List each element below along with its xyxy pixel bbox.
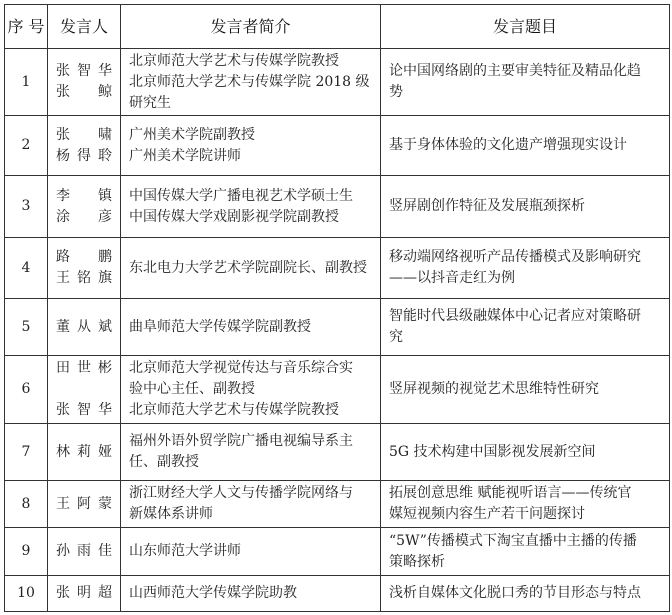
speaker-intro-line: 中国传媒大学广播电视艺术学硕士生 [129,186,376,207]
talk-topic-line: 拓展创意思维 赋能视听语言——传统官 [389,483,665,504]
talk-topic-line: 策略探析 [389,552,665,573]
speaker-names-line: 董从斌 [56,317,112,338]
talk-topic-line: 基于身体体验的文化遗产增强现实设计 [389,135,665,156]
speaker-intro-line: 新媒体系讲师 [129,504,376,525]
table-header-row: 序 号 发言人 发言者简介 发言题目 [5,5,670,49]
speaker-intro-line: 浙江财经大学人文与传播学院网络与 [129,483,376,504]
table-row: 1张智华张 鲸北京师范大学艺术与传媒学院教授北京师范大学艺术与传媒学院 2018… [5,49,670,116]
talk-topic: 浅析自媒体文化脱口秀的节目形态与特点 [381,576,670,612]
row-number: 9 [5,528,48,576]
speaker-intro: 山西师范大学传媒学院助教 [121,576,381,612]
speaker-intro: 浙江财经大学人文与传播学院网络与新媒体系讲师 [121,481,381,528]
speaker-names-line: 张明超 [56,583,112,604]
speaker-names: 张明超 [48,576,121,612]
speaker-names: 林莉娅 [48,424,121,481]
speaker-names-line: 王铭旗 [56,268,112,289]
speaker-intro-line: 北京师范大学艺术与传媒学院 2018 级 [129,72,376,93]
speaker-names: 路 鹏王铭旗 [48,238,121,299]
table-row: 9孙雨佳山东师范大学讲师“5W”传播模式下淘宝直播中主播的传播策略探析 [5,528,670,576]
speaker-intro-line: 曲阜师范大学传媒学院副教授 [129,317,376,338]
speaker-names-line: 张 啸 [56,125,112,146]
speaker-names: 张智华张 鲸 [48,49,121,116]
row-number: 6 [5,356,48,424]
row-number: 7 [5,424,48,481]
speaker-intro-line: 验中心主任、副教授 [129,379,376,400]
speaker-intro-line: 福州外语外贸学院广播电视编导系主 [129,431,376,452]
table-row: 10张明超山西师范大学传媒学院助教浅析自媒体文化脱口秀的节目形态与特点 [5,576,670,612]
talk-topic-line: 竖屏视频的视觉艺术思维特性研究 [389,379,665,400]
table-row: 8王阿蒙浙江财经大学人文与传播学院网络与新媒体系讲师拓展创意思维 赋能视听语言—… [5,481,670,528]
speaker-intro-line: 北京师范大学艺术与传媒学院教授 [129,51,376,72]
table-row: 5董从斌曲阜师范大学传媒学院副教授智能时代县级融媒体中心记者应对策略研究 [5,299,670,356]
speaker-names-line: 张 鲸 [56,82,112,103]
header-topic: 发言题目 [381,5,670,49]
header-speaker: 发言人 [48,5,121,49]
talk-topic-line: 智能时代县级融媒体中心记者应对策略研 [389,306,665,327]
speaker-names-line: 涂 彦 [56,207,112,228]
speaker-names-line: 杨得聆 [56,146,112,167]
speaker-names-line: 王阿蒙 [56,494,112,515]
talk-topic-line: 移动端网络视听产品传播模式及影响研究 [389,247,665,268]
speaker-names: 田世彬 张智华 [48,356,121,424]
speaker-intro-line: 东北电力大学艺术学院副院长、副教授 [129,258,376,279]
speaker-names: 李 镇涂 彦 [48,176,121,238]
speaker-intro-line: 广州美术学院副教授 [129,125,376,146]
talk-topic-line: 竖屏剧创作特征及发展瓶颈探析 [389,196,665,217]
talk-topic-line: 究 [389,327,665,348]
speaker-intro: 北京师范大学艺术与传媒学院教授北京师范大学艺术与传媒学院 2018 级研究生 [121,49,381,116]
talk-topic-line: ——以抖音走红为例 [389,268,665,289]
speaker-intro: 北京师范大学视觉传达与音乐综合实验中心主任、副教授北京师范大学艺术与传媒学院教授 [121,356,381,424]
talk-topic: 竖屏视频的视觉艺术思维特性研究 [381,356,670,424]
speaker-names-line: 路 鹏 [56,247,112,268]
speaker-intro-line: 中国传媒大学戏剧影视学院副教授 [129,207,376,228]
row-number: 4 [5,238,48,299]
talk-topic: “5W”传播模式下淘宝直播中主播的传播策略探析 [381,528,670,576]
speaker-names: 王阿蒙 [48,481,121,528]
speakers-table: 序 号 发言人 发言者简介 发言题目 1张智华张 鲸北京师范大学艺术与传媒学院教… [4,4,670,612]
speaker-names-line: 林莉娅 [56,442,112,463]
speaker-intro: 中国传媒大学广播电视艺术学硕士生中国传媒大学戏剧影视学院副教授 [121,176,381,238]
talk-topic: 5G 技术构建中国影视发展新空间 [381,424,670,481]
speaker-intro-line: 研究生 [129,93,376,114]
talk-topic-line: 媒短视频内容生产若干问题探讨 [389,504,665,525]
speaker-names-line: 孙雨佳 [56,541,112,562]
speaker-intro-line: 北京师范大学视觉传达与音乐综合实 [129,358,376,379]
row-number: 8 [5,481,48,528]
row-number: 1 [5,49,48,116]
speaker-names: 张 啸杨得聆 [48,116,121,176]
talk-topic-line: “5W”传播模式下淘宝直播中主播的传播 [389,531,665,552]
talk-topic: 智能时代县级融媒体中心记者应对策略研究 [381,299,670,356]
speaker-intro: 山东师范大学讲师 [121,528,381,576]
speaker-intro: 东北电力大学艺术学院副院长、副教授 [121,238,381,299]
speaker-intro-line: 山西师范大学传媒学院助教 [129,583,376,604]
row-number: 10 [5,576,48,612]
speaker-intro-line: 北京师范大学艺术与传媒学院教授 [129,400,376,421]
talk-topic: 拓展创意思维 赋能视听语言——传统官媒短视频内容生产若干问题探讨 [381,481,670,528]
talk-topic: 移动端网络视听产品传播模式及影响研究——以抖音走红为例 [381,238,670,299]
talk-topic: 基于身体体验的文化遗产增强现实设计 [381,116,670,176]
talk-topic: 竖屏剧创作特征及发展瓶颈探析 [381,176,670,238]
row-number: 5 [5,299,48,356]
row-number: 3 [5,176,48,238]
speaker-names-line: 田世彬 [56,358,112,379]
speaker-names-line: 张智华 [56,61,112,82]
table-row: 3李 镇涂 彦中国传媒大学广播电视艺术学硕士生中国传媒大学戏剧影视学院副教授竖屏… [5,176,670,238]
talk-topic-line: 势 [389,82,665,103]
speaker-names: 孙雨佳 [48,528,121,576]
table-row: 2张 啸杨得聆广州美术学院副教授广州美术学院讲师基于身体体验的文化遗产增强现实设… [5,116,670,176]
header-intro: 发言者简介 [121,5,381,49]
speaker-names-line [56,379,112,400]
speaker-intro: 广州美术学院副教授广州美术学院讲师 [121,116,381,176]
speaker-names: 董从斌 [48,299,121,356]
speaker-intro-line: 山东师范大学讲师 [129,541,376,562]
table-row: 6田世彬 张智华北京师范大学视觉传达与音乐综合实验中心主任、副教授北京师范大学艺… [5,356,670,424]
table-row: 4路 鹏王铭旗东北电力大学艺术学院副院长、副教授移动端网络视听产品传播模式及影响… [5,238,670,299]
speaker-names-line: 李 镇 [56,186,112,207]
talk-topic-line: 浅析自媒体文化脱口秀的节目形态与特点 [389,583,665,604]
speaker-intro-line: 广州美术学院讲师 [129,146,376,167]
table-row: 7林莉娅福州外语外贸学院广播电视编导系主任、副教授5G 技术构建中国影视发展新空… [5,424,670,481]
talk-topic-line: 5G 技术构建中国影视发展新空间 [389,442,665,463]
speaker-intro: 曲阜师范大学传媒学院副教授 [121,299,381,356]
header-seq: 序 号 [5,5,48,49]
speaker-intro-line: 任、副教授 [129,452,376,473]
speaker-intro: 福州外语外贸学院广播电视编导系主任、副教授 [121,424,381,481]
speaker-names-line: 张智华 [56,400,112,421]
talk-topic-line: 论中国网络剧的主要审美特征及精品化趋 [389,61,665,82]
row-number: 2 [5,116,48,176]
talk-topic: 论中国网络剧的主要审美特征及精品化趋势 [381,49,670,116]
